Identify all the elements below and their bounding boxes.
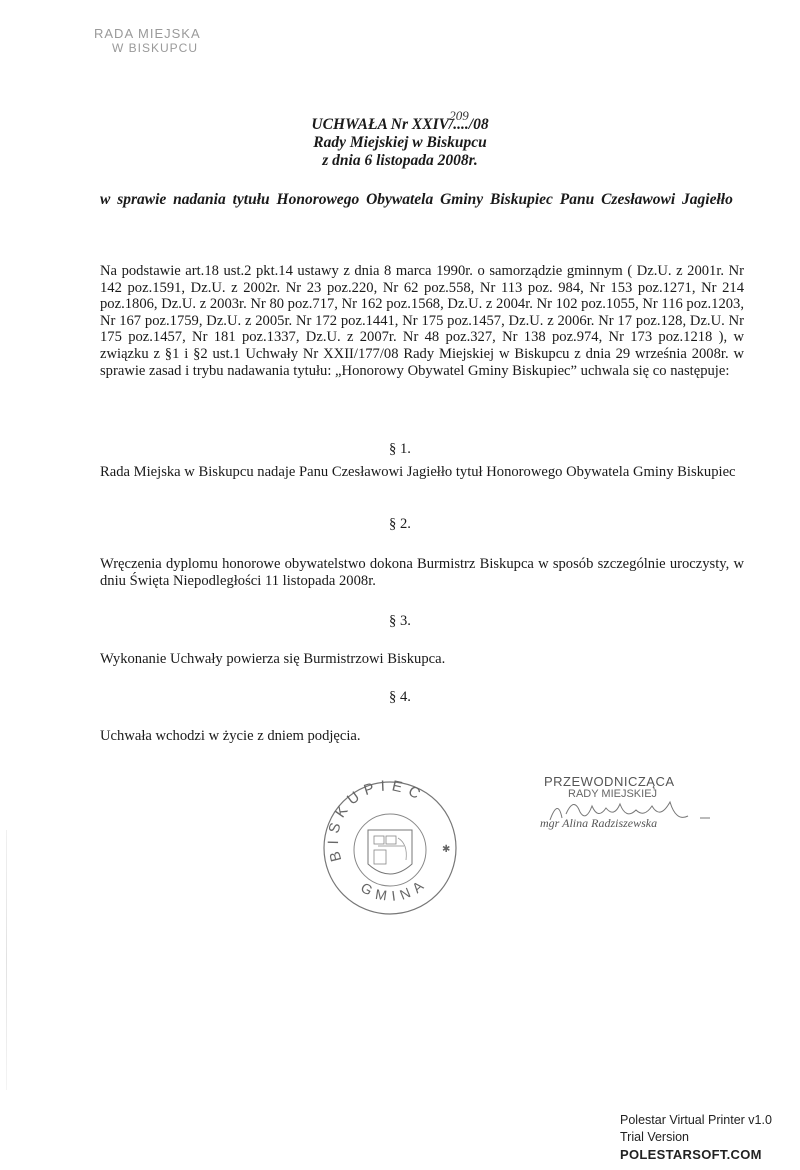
- section-1-text: Rada Miejska w Biskupcu nadaje Panu Czes…: [100, 464, 744, 481]
- section-3-text: Wykonanie Uchwały powierza się Burmistrz…: [100, 651, 744, 668]
- stamp-line-2: W BISKUPCU: [94, 41, 201, 56]
- resolution-number: UCHWAŁA Nr XXIV/209..../08: [0, 116, 800, 134]
- chairwoman-signature-block: PRZEWODNICZĄCA RADY MIEJSKIEJ mgr Alina …: [540, 772, 720, 842]
- watermark-product: Polestar Virtual Printer v1.0: [620, 1112, 772, 1129]
- resolution-subject: w sprawie nadania tytułu Honorowego Obyw…: [100, 190, 740, 210]
- stamp-line-1: RADA MIEJSKA: [94, 26, 201, 41]
- watermark-brand: POLESTARSOFT.COM: [620, 1146, 772, 1163]
- signatory-name: mgr Alina Radziszewska: [540, 816, 657, 831]
- svg-text:BISKUPIEC: BISKUPIEC: [325, 778, 428, 863]
- section-2-text: Wręczenia dyplomu honorowe obywatelstwo …: [100, 556, 744, 589]
- resolution-date: z dnia 6 listopada 2008r.: [0, 152, 800, 170]
- council-stamp-top: RADA MIEJSKA W BISKUPCU: [94, 26, 201, 56]
- resolution-header: UCHWAŁA Nr XXIV/209..../08 Rady Miejskie…: [0, 116, 800, 170]
- svg-text:GMINA: GMINA: [358, 874, 431, 904]
- section-4-text: Uchwała wchodzi w życie z dniem podjęcia…: [100, 728, 744, 745]
- section-4-heading: § 4.: [0, 689, 800, 706]
- section-1-heading: § 1.: [0, 441, 800, 458]
- seal-emblem-icon: BISKUPIEC GMINA ✱: [320, 778, 460, 918]
- section-3-heading: § 3.: [0, 613, 800, 630]
- watermark-trial: Trial Version: [620, 1129, 772, 1146]
- municipal-seal: BISKUPIEC GMINA ✱: [320, 778, 460, 918]
- trial-watermark: Polestar Virtual Printer v1.0 Trial Vers…: [620, 1112, 772, 1163]
- svg-text:✱: ✱: [442, 844, 450, 855]
- legal-basis-paragraph: Na podstawie art.18 ust.2 pkt.14 ustawy …: [100, 263, 744, 379]
- section-2-heading: § 2.: [0, 516, 800, 533]
- signature-title: PRZEWODNICZĄCA: [544, 774, 675, 789]
- scan-edge-artifact: [6, 830, 7, 1090]
- handwritten-number: 209: [449, 107, 469, 125]
- council-name: Rady Miejskiej w Biskupcu: [0, 134, 800, 152]
